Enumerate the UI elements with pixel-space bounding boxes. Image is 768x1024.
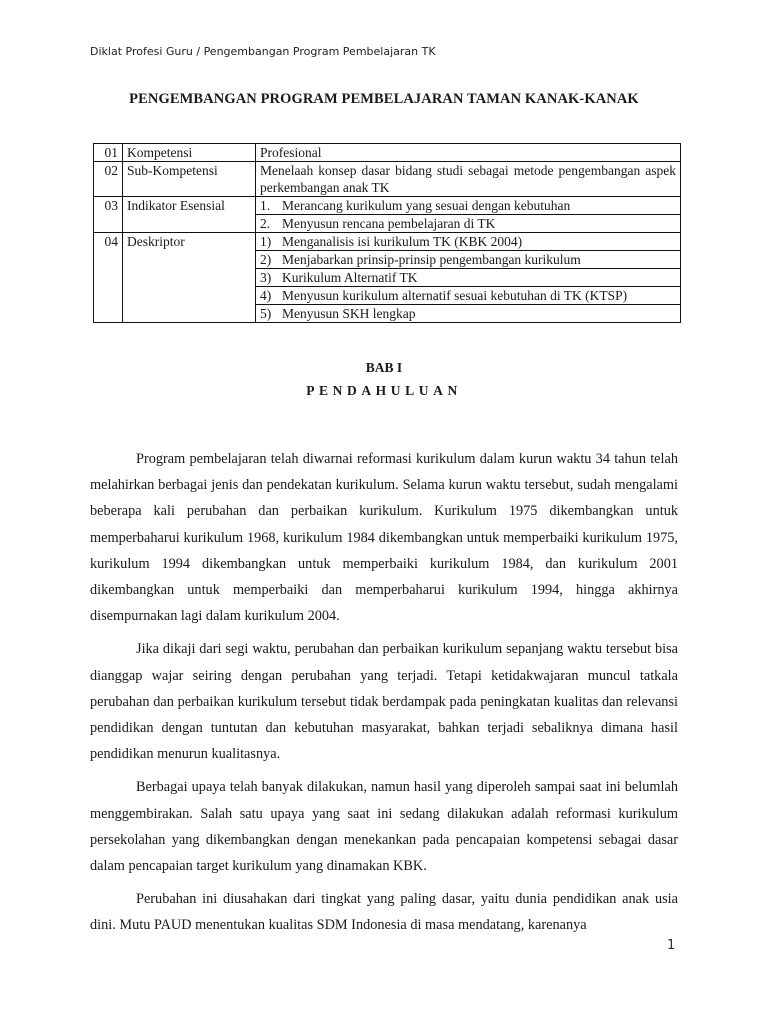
chapter-title: PENDAHULUAN xyxy=(0,383,768,399)
row-label: Kompetensi xyxy=(123,144,256,162)
row-label: Sub-Kompetensi xyxy=(123,162,256,197)
competency-table: 01KompetensiProfesional02Sub-KompetensiM… xyxy=(93,143,681,323)
row-value: 5)Menyusun SKH lengkap xyxy=(256,305,681,323)
item-marker: 3) xyxy=(260,269,282,286)
item-marker: 1) xyxy=(260,233,282,250)
item-text: Menyusun rencana pembelajaran di TK xyxy=(282,216,495,231)
item-marker: 2) xyxy=(260,251,282,268)
item-text: Menganalisis isi kurikulum TK (KBK 2004) xyxy=(282,234,522,249)
row-value: 2.Menyusun rencana pembelajaran di TK xyxy=(256,215,681,233)
row-number: 04 xyxy=(94,233,123,323)
table-row: 02Sub-KompetensiMenelaah konsep dasar bi… xyxy=(94,162,681,197)
table-row: 01KompetensiProfesional xyxy=(94,144,681,162)
item-text: Menjabarkan prinsip-prinsip pengembangan… xyxy=(282,252,581,267)
item-marker: 5) xyxy=(260,305,282,322)
row-number: 01 xyxy=(94,144,123,162)
running-header: Diklat Profesi Guru / Pengembangan Progr… xyxy=(90,45,436,58)
item-text: Menelaah konsep dasar bidang studi sebag… xyxy=(260,163,676,195)
page-number: 1 xyxy=(667,938,675,953)
item-text: Merancang kurikulum yang sesuai dengan k… xyxy=(282,198,570,213)
row-value: 2)Menjabarkan prinsip-prinsip pengembang… xyxy=(256,251,681,269)
item-text: Profesional xyxy=(260,145,322,160)
row-number: 03 xyxy=(94,197,123,233)
row-value: 1.Merancang kurikulum yang sesuai dengan… xyxy=(256,197,681,215)
chapter-number: BAB I xyxy=(0,360,768,376)
row-value: 1)Menganalisis isi kurikulum TK (KBK 200… xyxy=(256,233,681,251)
item-marker: 4) xyxy=(260,287,282,304)
row-value: 4)Menyusun kurikulum alternatif sesuai k… xyxy=(256,287,681,305)
paragraph: Perubahan ini diusahakan dari tingkat ya… xyxy=(90,886,678,938)
row-label: Indikator Esensial xyxy=(123,197,256,233)
table-row: 03Indikator Esensial1.Merancang kurikulu… xyxy=(94,197,681,215)
paragraph: Program pembelajaran telah diwarnai refo… xyxy=(90,446,678,629)
row-number: 02 xyxy=(94,162,123,197)
body-text: Program pembelajaran telah diwarnai refo… xyxy=(90,446,678,946)
paragraph: Jika dikaji dari segi waktu, perubahan d… xyxy=(90,636,678,767)
paragraph: Berbagai upaya telah banyak dilakukan, n… xyxy=(90,774,678,879)
row-value: Menelaah konsep dasar bidang studi sebag… xyxy=(256,162,681,197)
row-label: Deskriptor xyxy=(123,233,256,323)
item-marker: 1. xyxy=(260,197,282,214)
row-value: Profesional xyxy=(256,144,681,162)
item-text: Menyusun kurikulum alternatif sesuai keb… xyxy=(282,288,627,303)
item-marker: 2. xyxy=(260,215,282,232)
document-title: PENGEMBANGAN PROGRAM PEMBELAJARAN TAMAN … xyxy=(0,91,768,108)
row-value: 3)Kurikulum Alternatif TK xyxy=(256,269,681,287)
item-text: Kurikulum Alternatif TK xyxy=(282,270,417,285)
table-row: 04Deskriptor1)Menganalisis isi kurikulum… xyxy=(94,233,681,251)
item-text: Menyusun SKH lengkap xyxy=(282,306,416,321)
